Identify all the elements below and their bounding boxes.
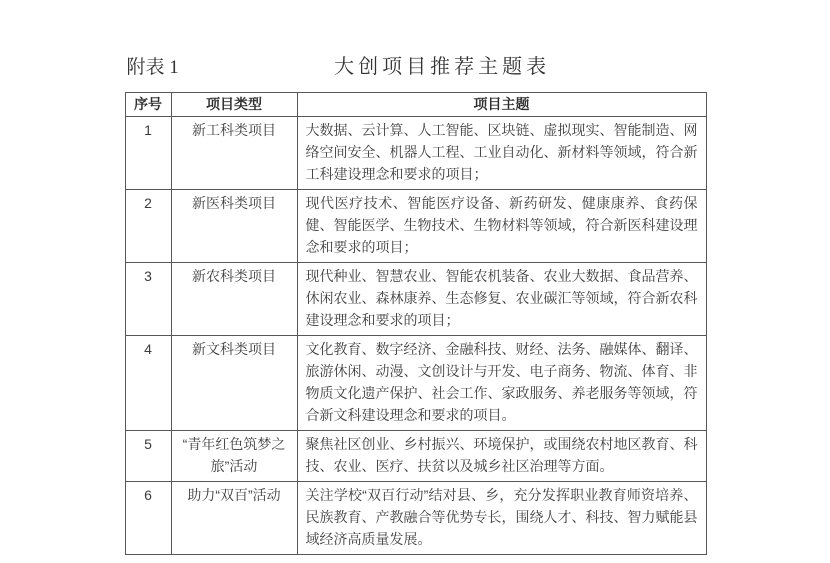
document-header: 附表 1 大创项目推荐主题表 <box>127 50 706 79</box>
project-theme-cell: 文化教育、数字经济、金融科技、财经、法务、融媒体、翻译、旅游休闲、动漫、文创设计… <box>297 336 706 431</box>
project-type-cell: “青年红色筑梦之旅”活动 <box>171 431 297 482</box>
topics-table: 序号 项目类型 项目主题 1 新工科类项目 大数据、云计算、人工智能、区块链、虚… <box>125 92 707 555</box>
row-number-cell: 3 <box>125 263 171 336</box>
row-number-cell: 4 <box>125 336 171 431</box>
table-header-row: 序号 项目类型 项目主题 <box>125 93 706 117</box>
page-title: 大创项目推荐主题表 <box>179 50 706 79</box>
project-type-cell: 新文科类项目 <box>171 336 297 431</box>
column-header-number: 序号 <box>125 93 171 117</box>
document-page: 附表 1 大创项目推荐主题表 序号 项目类型 项目主题 1 新工科类项目 大数据… <box>125 50 706 555</box>
table-row: 4 新文科类项目 文化教育、数字经济、金融科技、财经、法务、融媒体、翻译、旅游休… <box>125 336 706 431</box>
project-type-cell: 新农科类项目 <box>171 263 297 336</box>
project-theme-cell: 现代医疗技术、智能医疗设备、新药研发、健康康养、食药保健、智能医学、生物技术、生… <box>297 190 706 263</box>
table-row: 3 新农科类项目 现代种业、智慧农业、智能农机装备、农业大数据、食品营养、休闲农… <box>125 263 706 336</box>
row-number-cell: 6 <box>125 482 171 555</box>
table-row: 1 新工科类项目 大数据、云计算、人工智能、区块链、虚拟现实、智能制造、网络空间… <box>125 117 706 190</box>
project-type-cell: 新工科类项目 <box>171 117 297 190</box>
row-number-cell: 1 <box>125 117 171 190</box>
table-row: 2 新医科类项目 现代医疗技术、智能医疗设备、新药研发、健康康养、食药保健、智能… <box>125 190 706 263</box>
project-type-cell: 助力“双百”活动 <box>171 482 297 555</box>
row-number-cell: 2 <box>125 190 171 263</box>
project-theme-cell: 现代种业、智慧农业、智能农机装备、农业大数据、食品营养、休闲农业、森林康养、生态… <box>297 263 706 336</box>
project-type-cell: 新医科类项目 <box>171 190 297 263</box>
column-header-type: 项目类型 <box>171 93 297 117</box>
row-number-cell: 5 <box>125 431 171 482</box>
table-row: 5 “青年红色筑梦之旅”活动 聚焦社区创业、乡村振兴、环境保护，或围绕农村地区教… <box>125 431 706 482</box>
table-row: 6 助力“双百”活动 关注学校“双百行动”结对县、乡，充分发挥职业教育师资培养、… <box>125 482 706 555</box>
project-theme-cell: 大数据、云计算、人工智能、区块链、虚拟现实、智能制造、网络空间安全、机器人工程、… <box>297 117 706 190</box>
project-theme-cell: 聚焦社区创业、乡村振兴、环境保护，或围绕农村地区教育、科技、农业、医疗、扶贫以及… <box>297 431 706 482</box>
project-theme-cell: 关注学校“双百行动”结对县、乡，充分发挥职业教育师资培养、民族教育、产教融合等优… <box>297 482 706 555</box>
column-header-theme: 项目主题 <box>297 93 706 117</box>
appendix-label: 附表 1 <box>127 52 179 79</box>
